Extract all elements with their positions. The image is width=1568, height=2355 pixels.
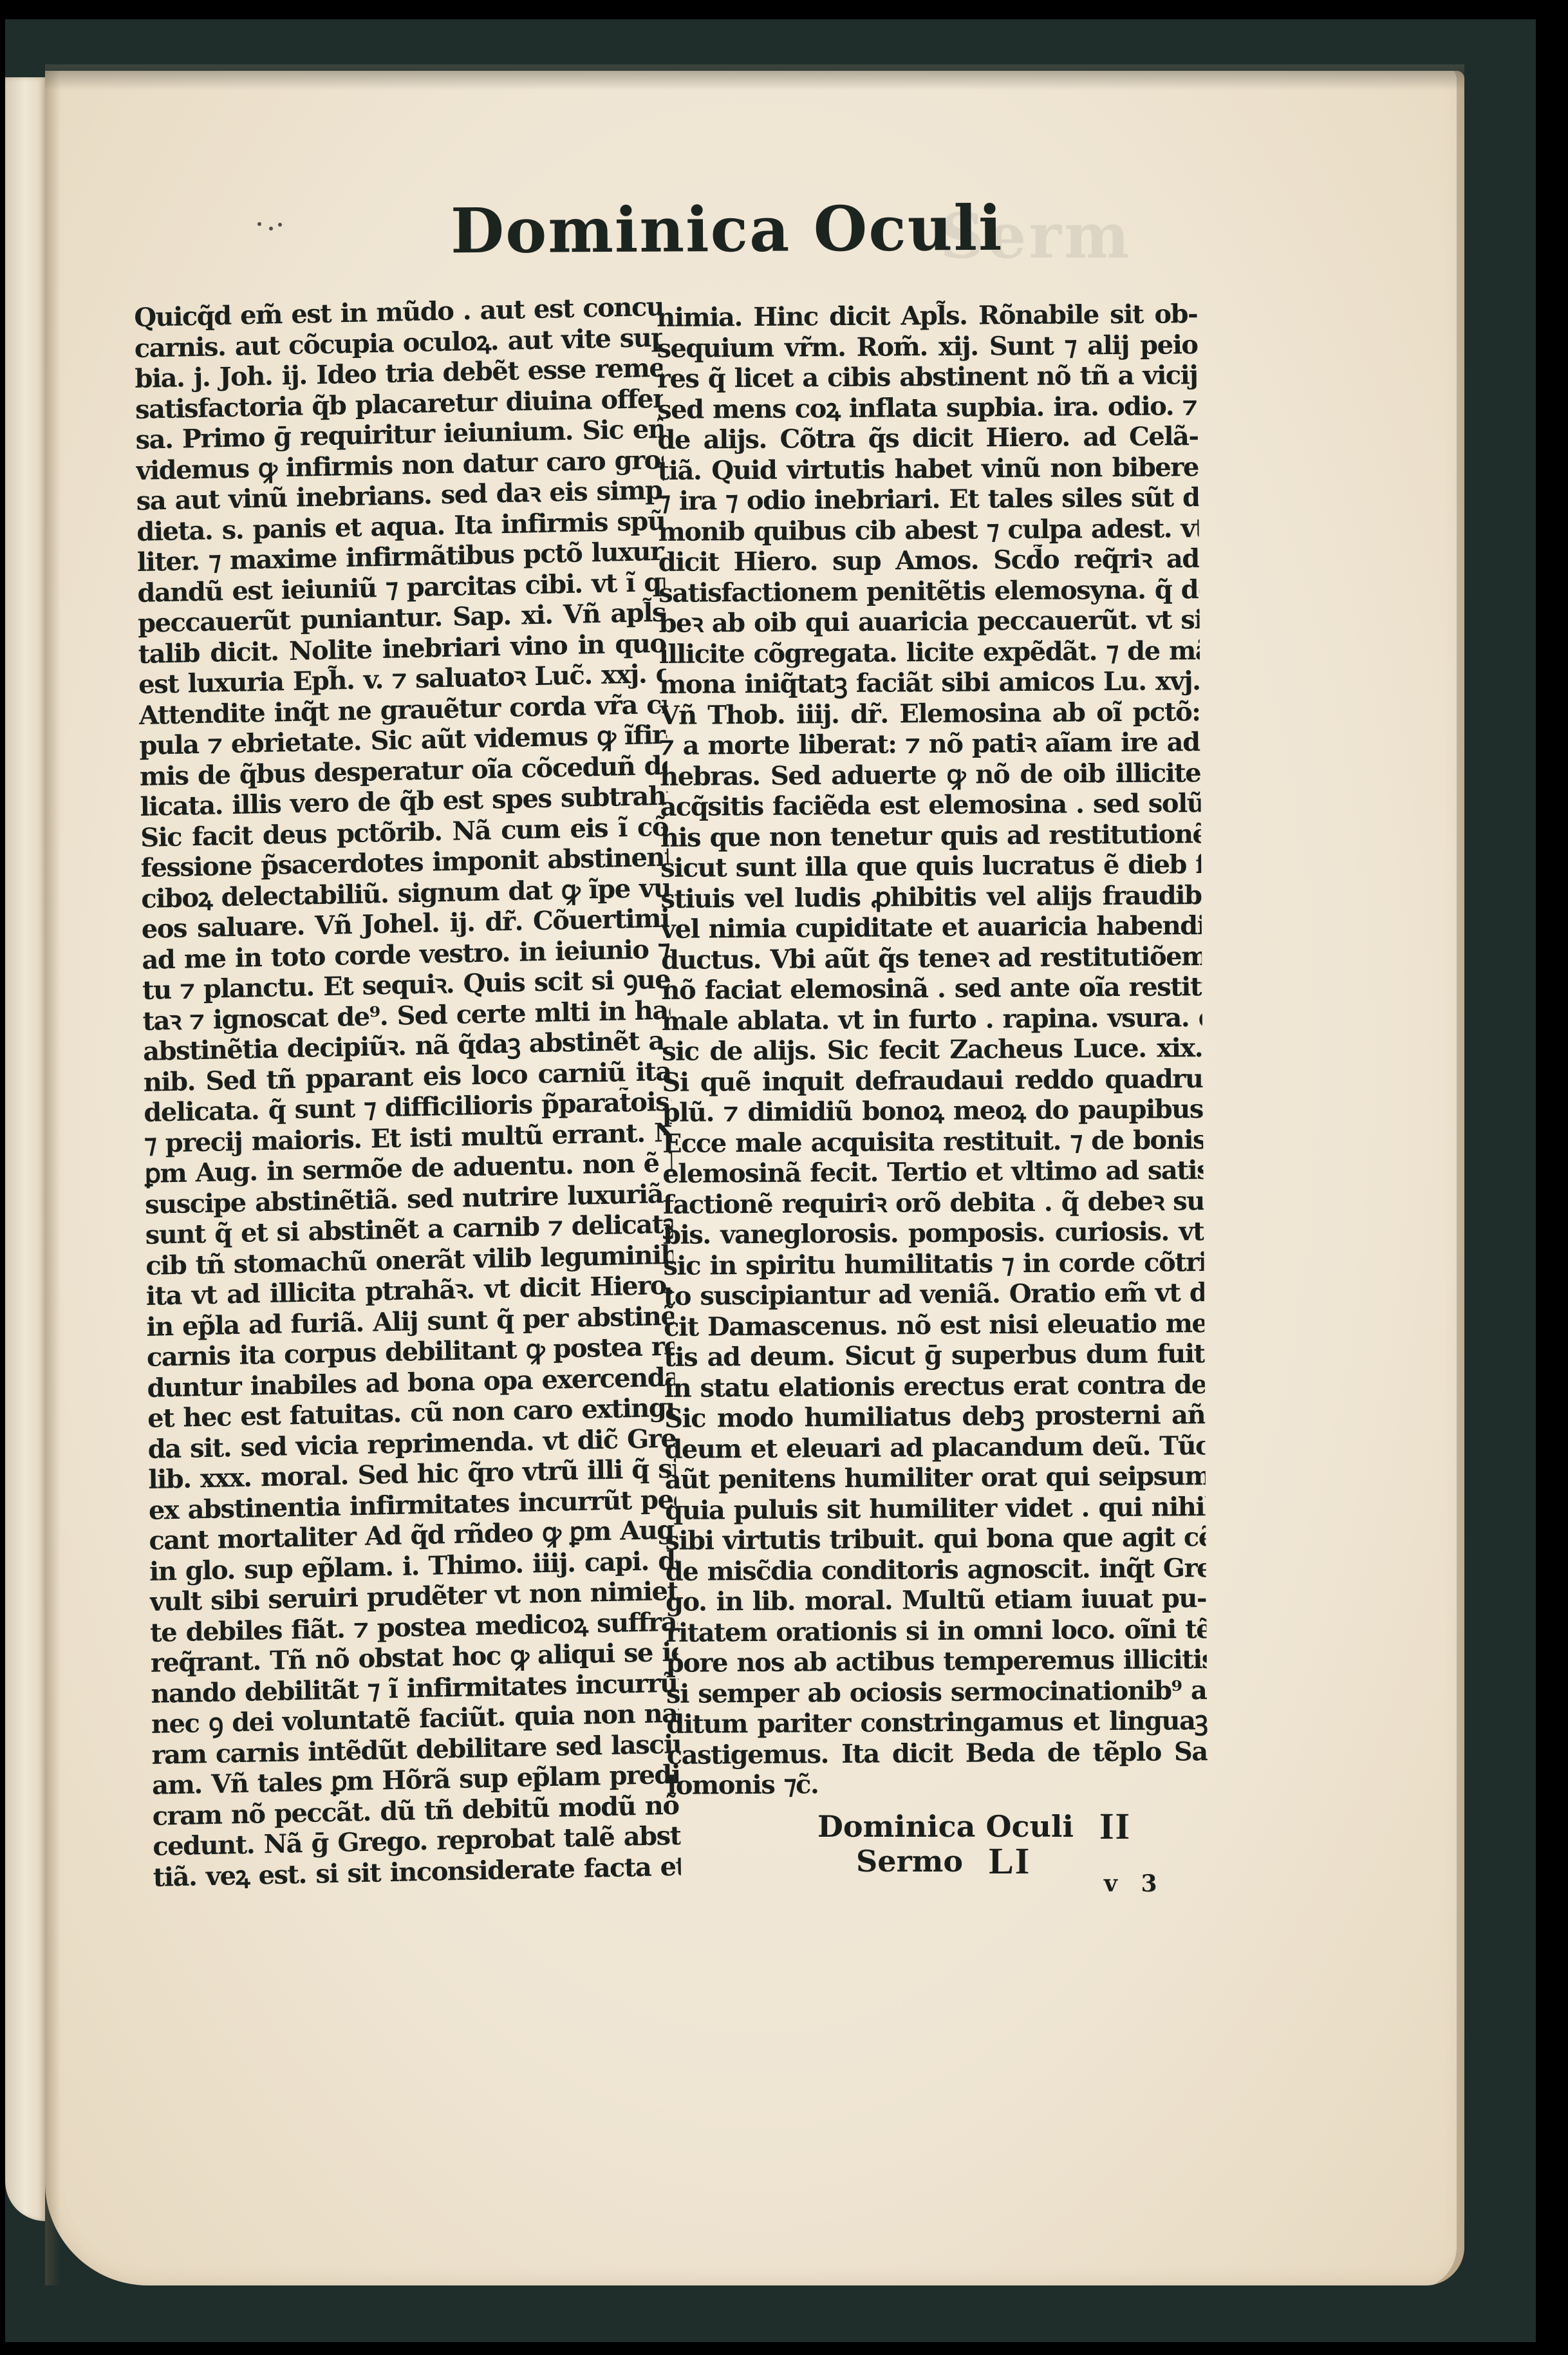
text-line: Ecce male acquisita restituit. ⁊ de boni… <box>662 1125 1203 1159</box>
text-line: male ablata. vt in furto . rapina. vsura… <box>662 1002 1202 1037</box>
text-line: cit Damascenus. nõ est nisi eleuatio men… <box>664 1308 1204 1342</box>
text-line: tis ad deum. Sicut ḡ superbus dum fuit <box>664 1338 1204 1373</box>
scan-border-bottom <box>0 2342 1568 2355</box>
text-line: lomonis ⁊c̃. <box>667 1767 1208 1801</box>
scan-border-right <box>1536 0 1568 2355</box>
section-number: II <box>1099 1809 1131 1844</box>
text-line: illicite cõgregata. licite expẽdãt. ⁊ de… <box>659 635 1200 670</box>
text-line: deum et eleuari ad placandum deũ. Tũc <box>664 1431 1205 1465</box>
text-line: monib quibus cib abest ⁊ culpa adest. vt <box>658 513 1199 547</box>
text-column-left: Quicq̃d em̃ est in mũdo . aut est concup… <box>134 292 681 1893</box>
text-line: castigemus. Ita dicit Beda de tẽplo Sa <box>667 1736 1208 1770</box>
text-line: dicit Hiero. sup Amos. Scd̃o req̃riꝛ ad <box>658 543 1199 577</box>
text-line: go. in lib. moral. Multũ etiam iuuat pu- <box>666 1583 1206 1617</box>
text-line: Sic modo humiliatus debꝫ prosterni añ <box>664 1400 1205 1434</box>
text-line: nimia. Hinc dicit Apl̃s. Rõnabile sit ob… <box>657 299 1197 333</box>
ink-speck <box>269 227 273 230</box>
text-line: bis. vaneglorosis. pomposis. curiosis. v… <box>663 1216 1204 1250</box>
text-line: satisfactionem penitẽtis elemosyna. q̃ d… <box>658 574 1199 608</box>
text-line: sibi virtutis tribuit. qui bona que agit… <box>665 1522 1206 1556</box>
text-line: factionẽ requiriꝛ orõ debita . q̃ debeꝛ … <box>663 1186 1204 1220</box>
text-line: tiã. Quid virtutis habet vinũ non bibere <box>658 452 1199 486</box>
text-line: ductus. Vbi aũt q̃s teneꝛ ad restitutiõe… <box>661 941 1202 975</box>
scan-border-top <box>0 0 1568 19</box>
sermon-label: Sermo <box>856 1844 963 1879</box>
text-line: ritatem orationis si in omni loco. oĩni … <box>666 1614 1206 1648</box>
ink-speck <box>257 222 261 226</box>
text-line: to suscipiantur ad veniã. Oratio em̃ vt … <box>664 1277 1204 1311</box>
signature-mark: v 3 <box>1104 1870 1165 1897</box>
text-line: ⁊ a morte liberat: ⁊ nõ patiꝛ aĩam ire a… <box>660 727 1200 761</box>
text-line: pore nos ab actibus temperemus illicitis <box>666 1644 1207 1678</box>
text-line: Si quẽ inquit defraudaui reddo quadru <box>662 1064 1202 1098</box>
text-line: vel nimia cupiditate et auaricia habendi <box>661 910 1202 944</box>
text-line: sequium vr̃m. Rom̃. xij. Sunt ⁊ alij pei… <box>657 330 1197 364</box>
text-line: beꝛ ab oib qui auaricia peccauerũt. vt s… <box>658 605 1199 639</box>
section-title: Dominica Oculi <box>817 1809 1074 1844</box>
text-line: ⁊ ira ⁊ odio inebriari. Et tales siles s… <box>658 482 1199 516</box>
text-line: sed mens coꝝ inflata supbia. ira. odio. … <box>657 391 1198 425</box>
adjacent-page-edge <box>5 77 45 2221</box>
text-line: elemosinã fecit. Tertio et vltimo ad sat… <box>662 1155 1203 1189</box>
text-line: Vñ Thob. iiij. dr̃. Elemosina ab oĩ pctõ… <box>659 697 1200 731</box>
text-line: ditum pariter constringamus et linguaꝫ <box>666 1705 1207 1740</box>
page-top-shadow <box>45 64 1464 90</box>
text-line: mona iniq̃tatꝫ faciãt sibi amicos Lu. xv… <box>659 666 1200 700</box>
section-heading: Dominica Oculi II Sermo LI <box>817 1809 1131 1879</box>
text-line: quia puluis sit humiliter videt . qui ni… <box>665 1492 1206 1526</box>
sermon-number: LI <box>989 1844 1031 1879</box>
text-column-right: nimia. Hinc dicit Apl̃s. Rõnabile sit ob… <box>657 299 1208 1801</box>
text-line: de misc̃dia conditoris agnoscit. inq̃t G… <box>666 1553 1206 1587</box>
text-line: acq̃sitis faciẽda est elemosina . sed so… <box>660 788 1200 822</box>
text-line: si semper ab ociosis sermocinationib⁹ au… <box>666 1675 1207 1709</box>
text-line: nebras. Sed aduerte ꝙ nõ de oib illicite <box>660 758 1200 792</box>
text-line: sicut sunt illa que quis lucratus ẽ dieb… <box>660 849 1201 883</box>
text-line: in statu elationis erectus erat contra d… <box>664 1369 1205 1403</box>
text-line: plũ. ⁊ dimidiũ bonoꝝ meoꝝ do paupibus <box>662 1094 1203 1128</box>
running-head-title: Dominica Oculi <box>451 192 1003 267</box>
scan-border-left <box>0 0 5 2355</box>
text-line: sic in spiritu humilitatis ⁊ in corde cõ… <box>663 1247 1204 1281</box>
ink-speck <box>278 223 282 227</box>
text-line: his que non tenetur quis ad restitutionẽ… <box>660 819 1201 853</box>
text-line: sic de alijs. Sic fecit Zacheus Luce. xi… <box>662 1033 1202 1067</box>
text-line: stiuis vel ludis ꝓhibitis vel alijs frau… <box>660 880 1201 914</box>
text-line: nõ faciat elemosinã . sed ante oĩa resti… <box>661 971 1202 1006</box>
text-line: res q̃ licet a cibis abstinent nõ tñ a v… <box>657 360 1198 394</box>
text-line: de alijs. Cõtra q̃s dicit Hiero. ad Celã… <box>657 421 1198 455</box>
text-line: aũt penitens humiliter orat qui seipsum <box>665 1461 1206 1495</box>
